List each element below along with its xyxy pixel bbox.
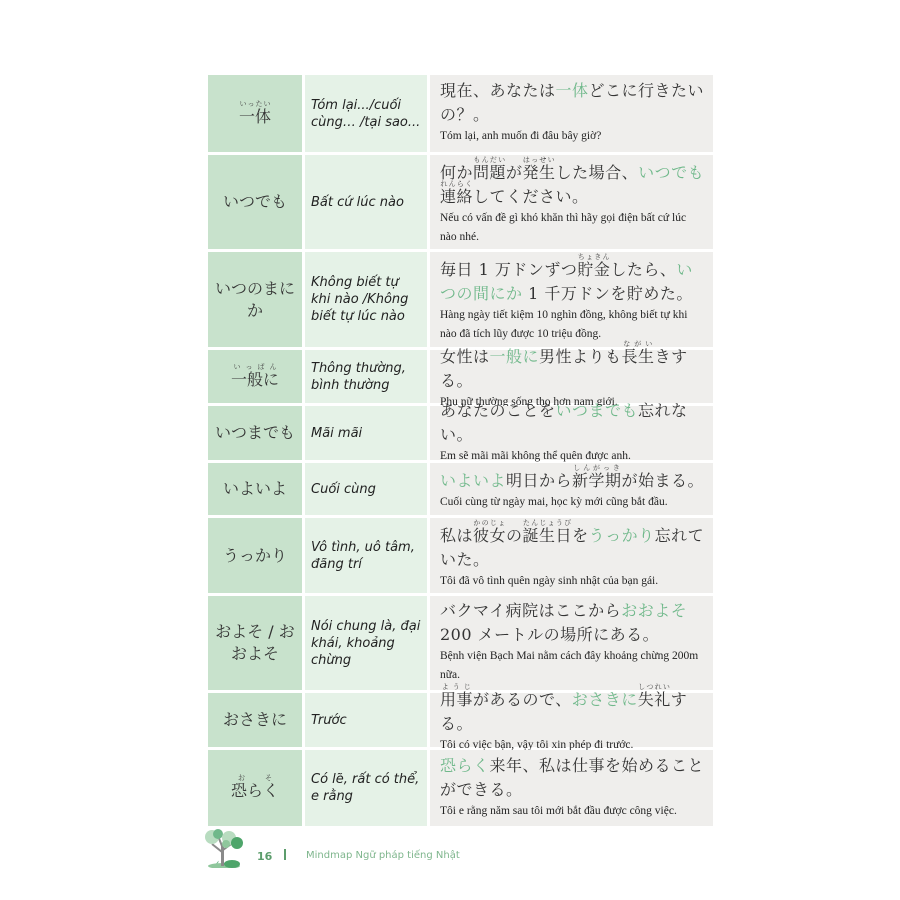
furigana: ちょきん bbox=[577, 253, 610, 261]
example-cell: 何か問題もんだいが発生はっせいした場合、いつでも連絡れんらくしてください。Nếu… bbox=[430, 155, 713, 249]
meaning-cell: Vô tình, uô tâm, đãng trí bbox=[305, 518, 427, 593]
vocabulary-table: 一体いったいTóm lại.../cuối cùng… /tại sao...現… bbox=[208, 75, 713, 829]
book-title: Mindmap Ngữ pháp tiếng Nhật bbox=[306, 850, 460, 861]
meaning-text: Nói chung là, đại khái, khoảng chừng bbox=[311, 618, 421, 669]
japanese-example: 毎日 1 万ドンずつ貯金ちょきんしたら、いつの間にか 1 千万ドンを貯めた。 bbox=[440, 253, 705, 306]
footer-divider bbox=[284, 849, 286, 860]
example-text: 女性は bbox=[440, 347, 490, 366]
furigana: しつれい bbox=[638, 683, 671, 691]
table-row: いよいよCuối cùngいよいよ明日から新学期しんがっきが始まる。Cuối c… bbox=[208, 463, 713, 515]
meaning-cell: Trước bbox=[305, 693, 427, 747]
term-base: 恐らく bbox=[231, 781, 279, 800]
example-text: した場合、 bbox=[556, 163, 639, 182]
example-kanji: 問題 bbox=[473, 163, 506, 182]
meaning-text: Trước bbox=[311, 712, 347, 729]
japanese-example: 恐らく来年、私は仕事を始めることができる。 bbox=[440, 754, 705, 802]
meaning-cell: Bất cứ lúc nào bbox=[305, 155, 427, 249]
meaning-text: Bất cứ lúc nào bbox=[311, 194, 404, 211]
term-base: 一般に bbox=[231, 370, 279, 389]
example-text: 男性よりも bbox=[539, 347, 622, 366]
furigana: もんだい bbox=[473, 156, 506, 164]
japanese-example: 現在、あなたは一体どこに行きたいの？。 bbox=[440, 79, 705, 127]
example-text: 毎日 1 万ドンずつ bbox=[440, 260, 577, 279]
term-cell: およそ / おおよそ bbox=[208, 596, 302, 690]
table-row: 一体いったいTóm lại.../cuối cùng… /tại sao...現… bbox=[208, 75, 713, 152]
example-text: あなたのことを bbox=[440, 401, 556, 420]
furigana: はっせい bbox=[523, 156, 556, 164]
term-cell: いつでも bbox=[208, 155, 302, 249]
meaning-cell: Tóm lại.../cuối cùng… /tại sao... bbox=[305, 75, 427, 152]
term-text: いつのまにか bbox=[214, 278, 296, 322]
highlighted-term: うっかり bbox=[589, 526, 655, 545]
meaning-cell: Không biết tự khi nào /Không biết tự lúc… bbox=[305, 252, 427, 347]
furigana: ながい bbox=[622, 340, 655, 348]
example-kanji: 誕生日 bbox=[523, 526, 573, 545]
example-text: が始まる。 bbox=[622, 471, 705, 490]
example-text: があるので、 bbox=[473, 690, 572, 709]
example-text: の bbox=[506, 526, 523, 545]
example-text: したら、 bbox=[610, 260, 676, 279]
vietnamese-translation: Hàng ngày tiết kiệm 10 nghìn đồng, không… bbox=[440, 306, 705, 344]
term-cell: おさきに bbox=[208, 693, 302, 747]
term-text: いよいよ bbox=[223, 478, 287, 500]
example-cell: 用事ようじがあるので、おさきに失礼しつれいする。Tôi có việc bận,… bbox=[430, 693, 713, 747]
example-cell: バクマイ病院はここからおおよそ 200 メートルの場所にある。Bệnh viện… bbox=[430, 596, 713, 690]
term-cell: いつのまにか bbox=[208, 252, 302, 347]
table-row: およそ / おおよそNói chung là, đại khái, khoảng… bbox=[208, 596, 713, 690]
highlighted-term: いつでも bbox=[638, 163, 704, 182]
example-text: が bbox=[506, 163, 523, 182]
highlighted-term: 一体 bbox=[556, 81, 589, 100]
japanese-example: 何か問題もんだいが発生はっせいした場合、いつでも連絡れんらくしてください。 bbox=[440, 156, 705, 209]
highlighted-term: 恐らく bbox=[440, 756, 490, 775]
example-text: を bbox=[572, 526, 589, 545]
vietnamese-translation: Tôi đã vô tình quên ngày sinh nhật của b… bbox=[440, 572, 705, 591]
term-cell: いつまでも bbox=[208, 406, 302, 460]
japanese-example: あなたのことをいつまでも忘れない。 bbox=[440, 399, 705, 447]
vietnamese-translation: Tóm lại, anh muốn đi đâu bây giờ? bbox=[440, 127, 705, 146]
example-kanji: 用事 bbox=[440, 690, 473, 709]
example-cell: 女性は一般に男性よりも長生ながいきする。Phụ nữ thường sống t… bbox=[430, 350, 713, 403]
example-cell: 現在、あなたは一体どこに行きたいの？。Tóm lại, anh muốn đi … bbox=[430, 75, 713, 152]
example-text: バクマイ病院はここから bbox=[440, 601, 621, 620]
vietnamese-translation: Bệnh viện Bạch Mai nằm cách đây khoảng c… bbox=[440, 647, 705, 685]
meaning-cell: Thông thường, bình thường bbox=[305, 350, 427, 403]
example-text: 現在、あなたは bbox=[440, 81, 556, 100]
term-ruby: いったい bbox=[239, 100, 271, 108]
term-base: 一体 bbox=[239, 107, 271, 126]
term-cell: いよいよ bbox=[208, 463, 302, 515]
meaning-cell: Nói chung là, đại khái, khoảng chừng bbox=[305, 596, 427, 690]
term-text: 恐らくおそ bbox=[231, 774, 279, 802]
japanese-example: いよいよ明日から新学期しんがっきが始まる。 bbox=[440, 464, 705, 493]
meaning-text: Thông thường, bình thường bbox=[311, 360, 421, 394]
example-text: 200 メートルの場所にある。 bbox=[440, 625, 659, 644]
term-text: うっかり bbox=[223, 545, 287, 567]
meaning-text: Mãi mãi bbox=[311, 425, 362, 442]
meaning-cell: Mãi mãi bbox=[305, 406, 427, 460]
example-kanji: 連絡 bbox=[440, 187, 473, 206]
term-cell: うっかり bbox=[208, 518, 302, 593]
meaning-text: Tóm lại.../cuối cùng… /tại sao... bbox=[311, 97, 421, 131]
example-text: してください。 bbox=[473, 187, 589, 206]
page-footer: 16 Mindmap Ngữ pháp tiếng Nhật bbox=[200, 826, 600, 876]
furigana: ようじ bbox=[440, 683, 473, 691]
highlighted-term: おおよそ bbox=[621, 601, 687, 620]
term-text: 一般にいっぱん bbox=[231, 363, 279, 391]
page-number: 16 bbox=[257, 850, 272, 863]
example-kanji: 新学期 bbox=[572, 471, 622, 490]
highlighted-term: 一般に bbox=[490, 347, 540, 366]
table-row: いつのまにかKhông biết tự khi nào /Không biết … bbox=[208, 252, 713, 347]
vietnamese-translation: Nếu có vấn đề gì khó khăn thì hãy gọi đi… bbox=[440, 209, 705, 247]
furigana: れんらく bbox=[440, 180, 473, 188]
meaning-text: Cuối cùng bbox=[311, 481, 376, 498]
example-cell: 恐らく来年、私は仕事を始めることができる。Tôi e rằng năm sau … bbox=[430, 750, 713, 826]
example-text: 私は bbox=[440, 526, 473, 545]
japanese-example: 私は彼女かのじょの誕生日たんじょうびをうっかり忘れていた。 bbox=[440, 519, 705, 572]
highlighted-term: いつまでも bbox=[556, 401, 639, 420]
table-row: いつまでもMãi mãiあなたのことをいつまでも忘れない。Em sẽ mãi m… bbox=[208, 406, 713, 460]
example-cell: あなたのことをいつまでも忘れない。Em sẽ mãi mãi không thể… bbox=[430, 406, 713, 460]
japanese-example: バクマイ病院はここからおおよそ 200 メートルの場所にある。 bbox=[440, 599, 705, 647]
term-text: 一体いったい bbox=[239, 100, 271, 128]
example-kanji: 貯金 bbox=[577, 260, 610, 279]
term-text: およそ / おおよそ bbox=[214, 621, 296, 665]
example-cell: いよいよ明日から新学期しんがっきが始まる。Cuối cùng từ ngày m… bbox=[430, 463, 713, 515]
term-text: いつでも bbox=[223, 191, 287, 213]
furigana: かのじょ bbox=[473, 519, 506, 527]
term-cell: 一般にいっぱん bbox=[208, 350, 302, 403]
term-ruby: いっぱん bbox=[231, 363, 279, 371]
meaning-text: Không biết tự khi nào /Không biết tự lúc… bbox=[311, 274, 421, 325]
highlighted-term: おさきに bbox=[572, 690, 638, 709]
tree-icon bbox=[202, 826, 246, 868]
term-ruby: おそ bbox=[231, 774, 279, 782]
meaning-cell: Có lẽ, rất có thể, e rằng bbox=[305, 750, 427, 826]
table-row: 一般にいっぱんThông thường, bình thường女性は一般に男性… bbox=[208, 350, 713, 403]
example-text: 明日から bbox=[506, 471, 572, 490]
example-kanji: 失礼 bbox=[638, 690, 671, 709]
furigana: しんがっき bbox=[572, 464, 622, 472]
table-row: うっかりVô tình, uô tâm, đãng trí私は彼女かのじょの誕生… bbox=[208, 518, 713, 593]
furigana: たんじょうび bbox=[523, 519, 573, 527]
table-row: おさきにTrước用事ようじがあるので、おさきに失礼しつれいする。Tôi có … bbox=[208, 693, 713, 747]
meaning-text: Vô tình, uô tâm, đãng trí bbox=[311, 539, 421, 573]
example-kanji: 彼女 bbox=[473, 526, 506, 545]
highlighted-term: いよいよ bbox=[440, 471, 506, 490]
japanese-example: 用事ようじがあるので、おさきに失礼しつれいする。 bbox=[440, 683, 705, 736]
japanese-example: 女性は一般に男性よりも長生ながいきする。 bbox=[440, 340, 705, 393]
example-text: 1 千万ドンを貯めた。 bbox=[523, 284, 693, 303]
term-text: いつまでも bbox=[215, 422, 295, 444]
table-row: 恐らくおそCó lẽ, rất có thể, e rằng恐らく来年、私は仕事… bbox=[208, 750, 713, 826]
vietnamese-translation: Tôi e rằng năm sau tôi mới bắt đầu được … bbox=[440, 802, 705, 821]
term-cell: 一体いったい bbox=[208, 75, 302, 152]
example-cell: 毎日 1 万ドンずつ貯金ちょきんしたら、いつの間にか 1 千万ドンを貯めた。Hà… bbox=[430, 252, 713, 347]
example-kanji: 長生 bbox=[622, 347, 655, 366]
term-text: おさきに bbox=[223, 709, 287, 731]
vietnamese-translation: Cuối cùng từ ngày mai, học kỳ mới cũng b… bbox=[440, 493, 705, 512]
table-row: いつでもBất cứ lúc nào何か問題もんだいが発生はっせいした場合、いつ… bbox=[208, 155, 713, 249]
example-cell: 私は彼女かのじょの誕生日たんじょうびをうっかり忘れていた。Tôi đã vô t… bbox=[430, 518, 713, 593]
meaning-cell: Cuối cùng bbox=[305, 463, 427, 515]
term-cell: 恐らくおそ bbox=[208, 750, 302, 826]
meaning-text: Có lẽ, rất có thể, e rằng bbox=[311, 771, 421, 805]
example-kanji: 発生 bbox=[523, 163, 556, 182]
